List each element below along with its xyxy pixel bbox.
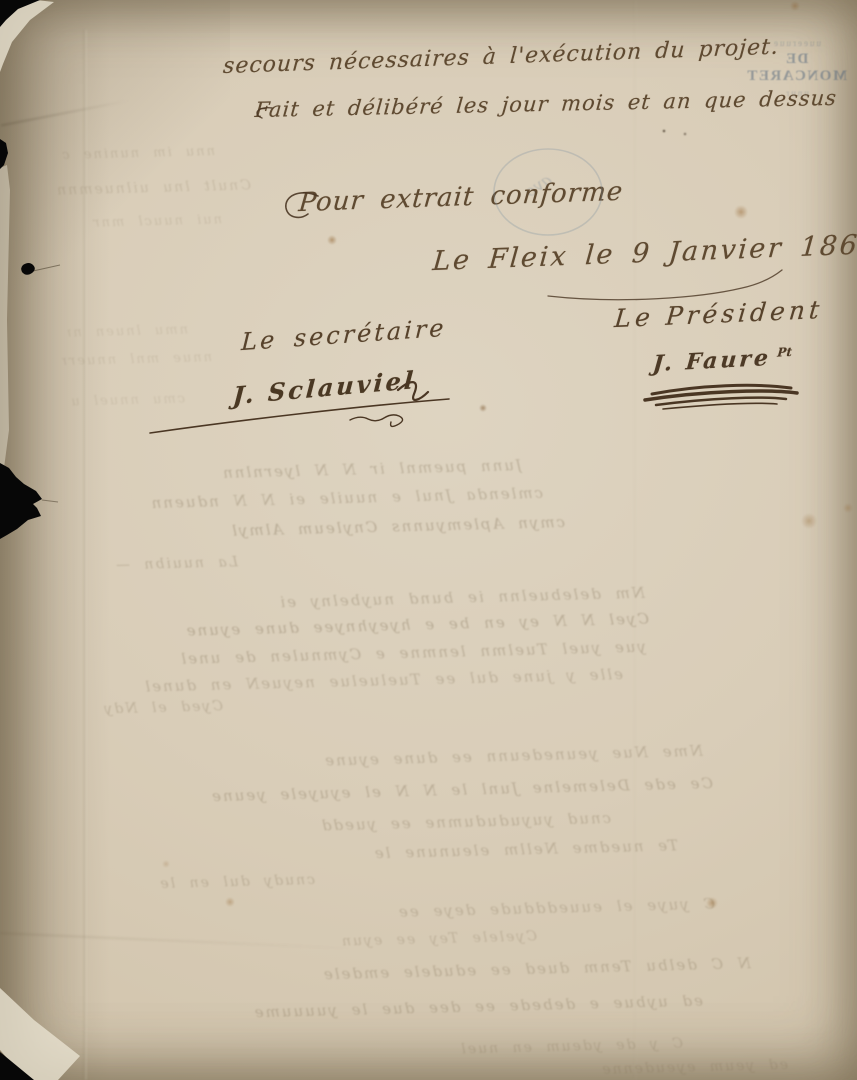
ink-flourishes (150, 108, 797, 433)
paper-crack (42, 500, 58, 502)
president-paraph (663, 403, 777, 409)
pour-p-flourish (286, 193, 318, 218)
embossed-stamp-circle (494, 149, 602, 235)
worm-hole (21, 263, 35, 275)
secretary-signature-flourish (398, 382, 428, 400)
photograph-of-manuscript: nnu im nunine cnuCnult lnu uilnuemnn Dnl… (0, 0, 857, 1080)
tears-and-holes (0, 0, 42, 1080)
paper-crack (33, 265, 60, 271)
torn-edge-left (0, 165, 10, 468)
fait-leadin-flourish (257, 108, 272, 118)
large-edge-tear (0, 463, 42, 539)
torn-edge-light-layers (0, 0, 80, 1080)
date-underline-swash (548, 270, 782, 300)
secretary-paraph (350, 415, 403, 427)
flourish-and-tear-layer (0, 0, 857, 1080)
secretary-underline-flourish (150, 399, 449, 433)
edge-tear (0, 139, 8, 169)
manuscript-page: nnu im nunine cnuCnult lnu uilnuemnn Dnl… (0, 0, 857, 1080)
